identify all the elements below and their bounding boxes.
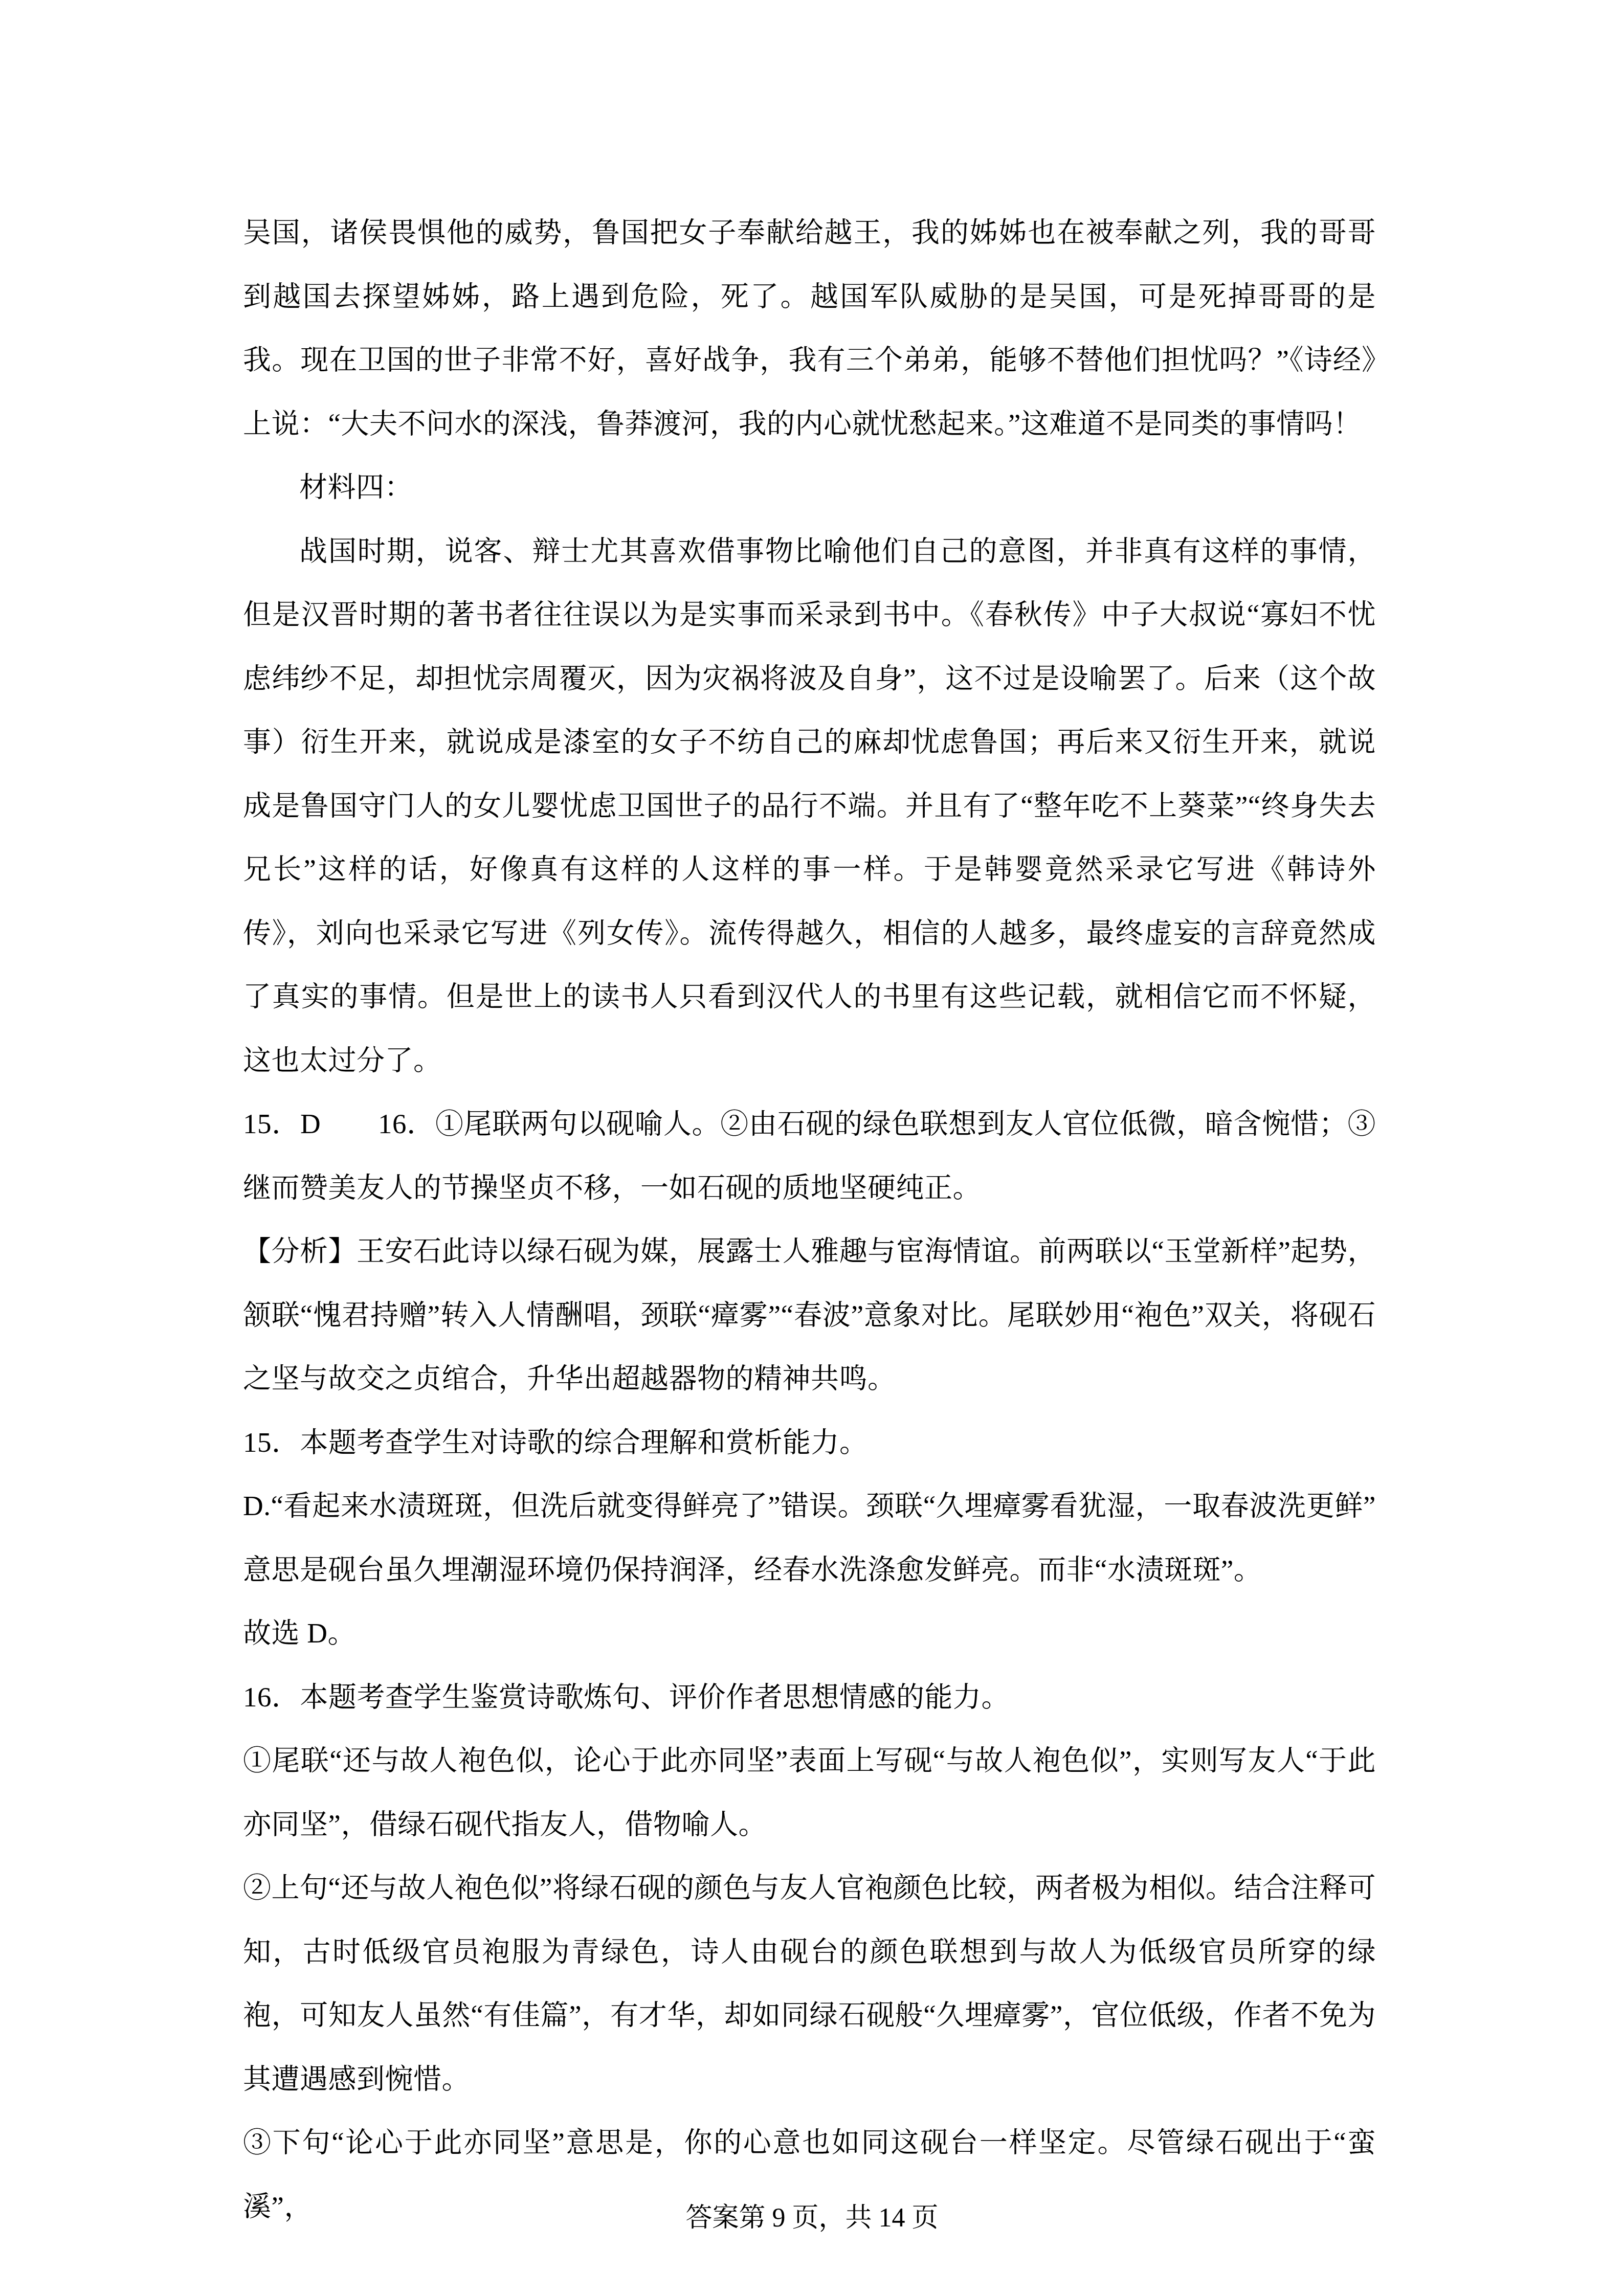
point-2-robe-color-paragraph: ②上句“还与故人袍色似”将绿石砚的颜色与友人官袍颜色比较，两者极为相似。结合注释… (243, 1856, 1376, 2111)
question-16-explanation: 16．本题考查学生鉴赏诗歌炼句、评价作者思想情感的能力。 (243, 1665, 1376, 1729)
answers-15-16-summary-line: 15．D 16．①尾联两句以砚喻人。②由石砚的绿色联想到友人官位低微，暗含惋惜；… (243, 1092, 1376, 1220)
answer-sheet-page: 吴国，诸侯畏惧他的威势，鲁国把女子奉献给越王，我的姊姊也在被奉献之列，我的哥哥到… (0, 0, 1624, 2296)
material-four-heading: 材料四： (243, 456, 1376, 520)
page-footer: 答案第 9 页，共 14 页 (0, 2193, 1624, 2244)
option-d-error-analysis: D.“看起来水渍斑斑，但洗后就变得鲜亮了”错误。颈联“久埋瘴雾看犹湿，一取春波洗… (243, 1474, 1376, 1602)
answer-choice-line: 故选 D。 (243, 1602, 1376, 1665)
answer-content: 吴国，诸侯畏惧他的威势，鲁国把女子奉献给越王，我的姊姊也在被奉献之列，我的哥哥到… (243, 201, 1376, 2238)
question-15-explanation: 15．本题考查学生对诗歌的综合理解和赏析能力。 (243, 1411, 1376, 1475)
point-1-tail-couplet-paragraph: ①尾联“还与故人袍色似，论心于此亦同坚”表面上写砚“与故人袍色似”，实则写友人“… (243, 1729, 1376, 1856)
material-four-paragraph: 战国时期，说客、辩士尤其喜欢借事物比喻他们自己的意图，并非真有这样的事情，但是汉… (243, 520, 1376, 1093)
paragraph-translation-continuation: 吴国，诸侯畏惧他的威势，鲁国把女子奉献给越王，我的姊姊也在被奉献之列，我的哥哥到… (243, 201, 1376, 456)
analysis-paragraph: 【分析】王安石此诗以绿石砚为媒，展露士人雅趣与宦海情谊。前两联以“玉堂新样”起势… (243, 1220, 1376, 1411)
